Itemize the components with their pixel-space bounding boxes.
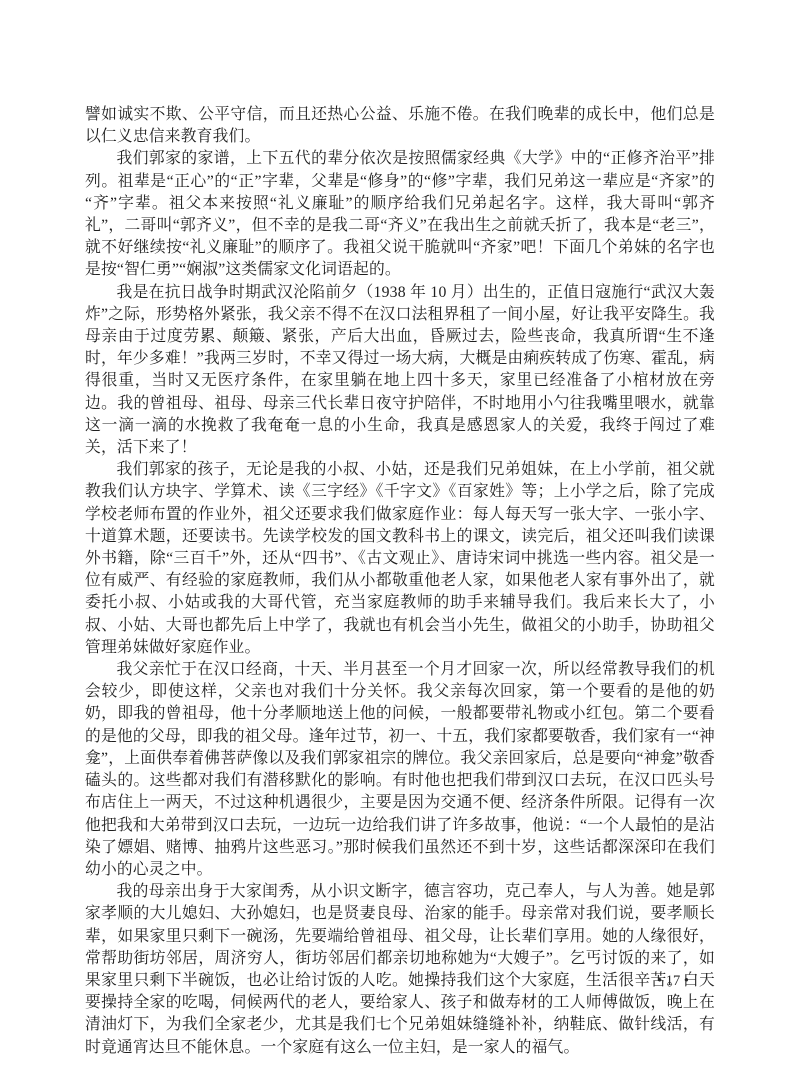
paragraph: 我们郭家的孩子，无论是我的小叔、小姑，还是我们兄弟姐妹，在上小学前，祖父就教我们… — [85, 459, 715, 659]
body-text: 譬如诚实不欺、公平守信，而且还热心公益、乐施不倦。在我们晚辈的成长中，他们总是以… — [85, 104, 715, 1059]
paragraph: 我父亲忙于在汉口经商，十天、半月甚至一个月才回家一次，所以经常教导我们的机会较少… — [85, 659, 715, 881]
paragraph-continuation: 譬如诚实不欺、公平守信，而且还热心公益、乐施不倦。在我们晚辈的成长中，他们总是以… — [85, 104, 715, 148]
page-number: • 17 • — [85, 972, 715, 990]
paragraph: 我的母亲出身于大家闺秀，从小识文断字，德言容功，克己奉人，与人为善。她是郭家孝顺… — [85, 881, 715, 1059]
book-page: 譬如诚实不欺、公平守信，而且还热心公益、乐施不倦。在我们晚辈的成长中，他们总是以… — [0, 0, 800, 1077]
paragraph: 我们郭家的家谱，上下五代的辈分依次是按照儒家经典《大学》中的“正修齐治平”排列。… — [85, 148, 715, 281]
paragraph: 我是在抗日战争时期武汉沦陷前夕（1938 年 10 月）出生的，正值日寇施行“武… — [85, 282, 715, 460]
